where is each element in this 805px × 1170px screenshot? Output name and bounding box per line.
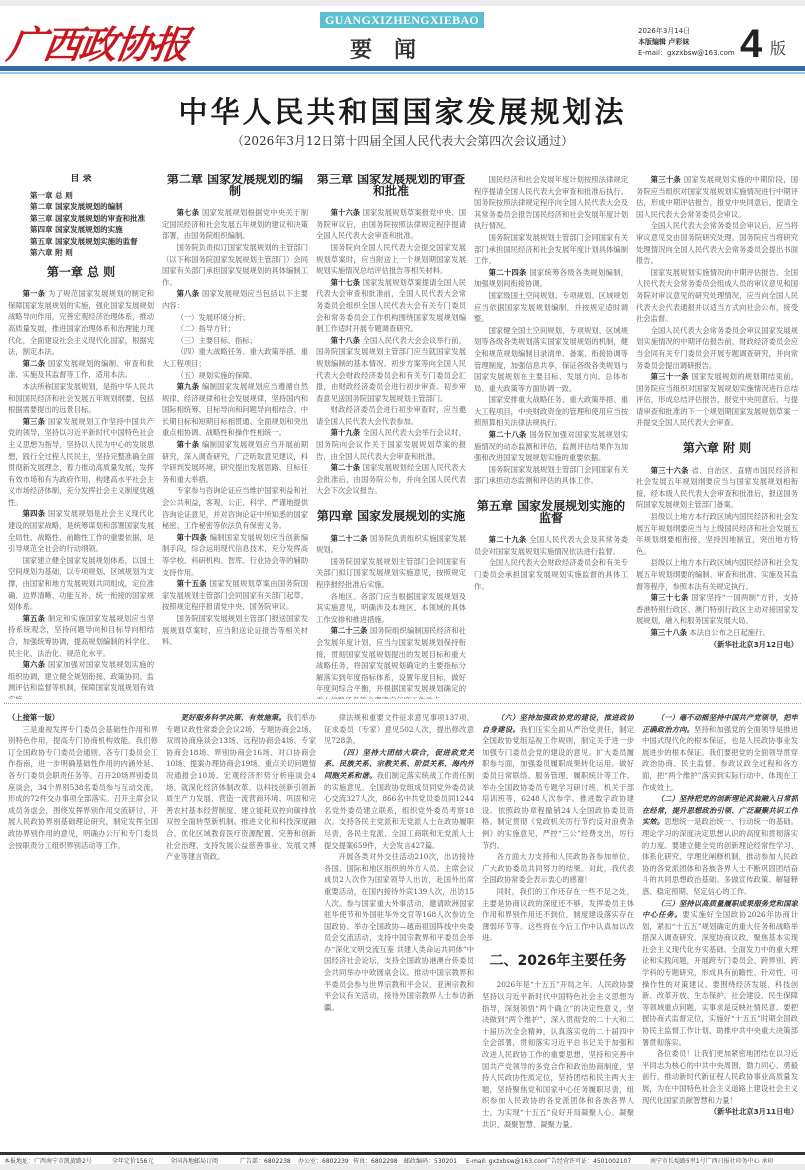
article-subheadline: （2026年3月12日第十四届全国人民代表大会第四次会议通过） (0, 132, 805, 149)
article-paragraph: 第二条 国家发展规划的编制、审查和批准、实施及其监督等工作，适用本法。 (8, 358, 154, 381)
article-paragraph: 第八条 国家发展规划应当包括以下主要内容： (162, 288, 308, 311)
chapter-heading: 第一章 总 则 (8, 267, 154, 279)
article-paragraph: 国家健全国土空间规划、专项规划、区域规划等各级各类规划落实国家发展规划的机制，健… (474, 325, 628, 395)
article-paragraph: 第三十一条 国家发展规划的规划期结束前，国务院应当组织对国家发展规划实施情况进行… (636, 371, 798, 429)
footer-printer: 南宁市长堤路5里1号广西日报社印务中心 承印 (650, 1156, 774, 1168)
article-label: 第九条 (177, 382, 200, 391)
article-label: 第六条 (23, 660, 46, 669)
report-paragraph: 律法规和重要文件征求意见事项137项，征求委员（专家）意见502人次，提出修改意… (324, 712, 474, 747)
footer-email: E-mail: gxzxbsw@163.com (466, 1156, 547, 1168)
page-number-suffix: 版 (770, 36, 786, 59)
article-label: 第三十一条 (651, 372, 689, 381)
edition-email: E-mail：gxzxbsw@163.com (638, 48, 735, 59)
report-paragraph: 2026年是“十五五”开局之年。人民政协要坚持以习近平新时代中国特色社会主义思想… (482, 979, 634, 1130)
article-paragraph: 国家安排重大战略任务、重大政策举措、重大工程项目，中央财政资金的管理和使用应当按… (474, 394, 628, 429)
report-column-2: 更好服务科学决策、有效施策。我们举办专题议政性常委会会议2场、专题协商会2场、双… (166, 712, 316, 1148)
footer-ad-license: 广告经营许可证：4501002107 (545, 1156, 631, 1168)
report-paragraph: 开展各类对外交往活动210次，出访接待各国、国际和地区组织的外方人员。主席会议成… (324, 851, 474, 1013)
article-list-item: （四）重大战略任务、重大政策举措、重大工程项目； (162, 346, 308, 369)
article-paragraph: 第十九条 全国人民代表大会举行会议时，国务院向会议作关于国家发展规划草案的报告，… (316, 427, 466, 462)
article-paragraph: 第六条 国家加强对国家发展规划实施的组织协调，建立健全规划衔接、政策协同、监测评… (8, 659, 154, 699)
newspaper-pinyin-banner: GUANGXIZHENGXIEBAO (320, 12, 484, 28)
article-paragraph: 第十六条 国家发展规划草案报党中央、国务院审议后，由国务院按照法律规定程序提请全… (316, 207, 466, 242)
article-list-item: （三）主要目标、指标； (162, 335, 308, 347)
newspaper-logo: 广西政协报 (4, 14, 192, 69)
continued-from-label: （上接第一版） (8, 712, 158, 724)
article-paragraph: 各地区、各部门应当根据国家发展规划及其实施意见，明确涉及本地区、本领域的具体工作… (316, 591, 466, 626)
footer-subscribe: 全国各地邮局订阅 (170, 1156, 218, 1168)
article-label: 第五条 (23, 614, 46, 623)
report-paragraph: 同时，我们的工作还存在一些不足之处，主要是协商议政的深度还不够，发挥委员主体作用… (482, 886, 634, 944)
article-paragraph: 全国人民代表大会常务委员会审议后，应当将审议意见交由国务院研究处理。国务院应当将… (636, 220, 798, 266)
report-paragraph: 更好服务科学决策、有效施策。我们举办专题议政性常委会会议2场、专题协商会2场、双… (166, 712, 316, 863)
article-paragraph: 第二十三条 国务院组织编制国民经济和社会发展年度计划，应当与国家发展规划保持衔接… (316, 625, 466, 699)
toc-item[interactable]: 第三章 国家发展规划的审查和批准 (8, 213, 154, 225)
law-column-3: 第三章 国家发展规划的审查和批准 第十六条 国家发展规划草案报党中央、国务院审议… (316, 174, 466, 699)
report-paragraph: （四）坚持大团结大联合，促进政党关系、民族关系、宗教关系、阶层关系、海内外同胞关… (324, 747, 474, 851)
toc-item[interactable]: 第一章 总 则 (8, 190, 154, 202)
article-paragraph: 国务院负责拟订国家发展规划的主管部门（以下称国务院国家发展规划主管部门）会同国家… (162, 242, 308, 288)
article-paragraph: 第二十二条 国务院负责组织实施国家发展规划。 (316, 533, 466, 556)
article-paragraph: 国务院向全国人民代表大会提交国家发展规划草案时，应当附送上一个规划期国家发展规划… (316, 242, 466, 277)
article-label: 第四条 (23, 509, 46, 518)
article-label: 第二十条 (331, 463, 361, 472)
article-label: 第三十条 (651, 175, 682, 184)
article-label: 第三十七条 (651, 593, 689, 602)
toc-item[interactable]: 第四章 国家发展规划的实施 (8, 224, 154, 236)
article-paragraph: 第九条 编制国家发展规划应当遵循自然规律、经济规律和社会发展规律，坚持国内和国际… (162, 381, 308, 439)
article-label: 第十条 (177, 440, 200, 449)
law-column-4: 国民经济和社会发展年度计划按照法律规定程序提请全国人民代表大会审查和批准后执行。… (474, 174, 628, 699)
toc-item[interactable]: 第六章 附 则 (8, 247, 154, 259)
law-column-2: 第二章 国家发展规划的编制 第七条 国家发展规划根据党中央关于制定国民经济和社会… (162, 174, 308, 699)
law-column-5: 第三十条 国家发展规划实施的中期阶段，国务院应当组织对国家发展规划实施情况进行中… (636, 174, 798, 699)
article-paragraph: 专家参与咨询论证应当维护国家利益和社会公共利益，客观、公正、科学、严谨地提供咨询… (162, 485, 308, 531)
article-label: 第二十二条 (331, 534, 368, 543)
article-label: 第一条 (23, 289, 46, 298)
article-paragraph: 第二十条 国家发展规划经全国人民代表大会批准后，由国务院公布，并向全国人民代表大… (316, 462, 466, 497)
article-paragraph: 国民经济和社会发展年度计划按照法律规定程序提请全国人民代表大会审查和批准后执行。… (474, 174, 628, 232)
footer-fax: 传真：6802298 (353, 1156, 398, 1168)
article-paragraph: 第二十九条 全国人民代表大会及其常务委员会对国家发展规划实施情况依法进行监督。 (474, 534, 628, 557)
article-label: 第十八条 (331, 336, 361, 345)
article-label: 第七条 (177, 208, 200, 217)
article-label: 第三十八条 (651, 628, 687, 637)
newspaper-page: 广西政协报 GUANGXIZHENGXIEBAO 要闻 2026年3月14日 本… (0, 6, 805, 1164)
footer-price: 全年定价156元 (112, 1156, 153, 1168)
toc-title: 目 录 (8, 174, 154, 186)
newspaper-footer: 本报地址：广西南宁市凯旋路2号 全年定价156元 全国各地邮局订阅 广告部：68… (0, 1156, 805, 1168)
article-paragraph: 全国人民代表大会财政经济委员会和有关专门委员会承担国家发展规划实施监督的具体工作… (474, 557, 628, 592)
article-label: 第三条 (23, 417, 46, 426)
article-paragraph: 国务院国家发展规划主管部门会同国家有关部门承担国民经济和社会发展年度计划具体编制… (474, 232, 628, 267)
article-label: 第十七条 (331, 278, 361, 287)
article-paragraph: 国家级国土空间规划、专项规划、区域规划应当依据国家发展规划编制，并按规定适时调整… (474, 290, 628, 325)
toc-item[interactable]: 第五章 国家发展规划实施的监督 (8, 236, 154, 248)
article-paragraph: 国家建立健全国家发展规划体系，以国土空间规划为基础，以专项规划、区域规划为支撑，… (8, 555, 154, 613)
toc-item[interactable]: 第二章 国家发展规划的编制 (8, 201, 154, 213)
masthead-rule (0, 66, 805, 71)
article-label: 第十四条 (177, 533, 207, 542)
report-column-5: （一）毫不动摇坚持中国共产党领导，把牢正确政治方向。坚持和加强党的全面领导是推进… (642, 712, 798, 1148)
report-paragraph: 各位委员！让我们更加紧密地团结在以习近平同志为核心的中共中央周围，勠力同心、勇毅… (642, 1048, 798, 1106)
article-list-item: （五）规划实施的保障。 (162, 370, 308, 382)
masthead: 广西政协报 GUANGXIZHENGXIEBAO 要闻 2026年3月14日 本… (0, 6, 805, 68)
article-dateline: （新华社北京3月12日电） (636, 639, 798, 651)
article-label: 第十五条 (177, 579, 207, 588)
edition-date: 2026年3月14日 (638, 26, 735, 37)
article-paragraph: 县级以上地方本行政区域内国民经济和社会发展五年规划纲要的编制、审查和批准、实施及… (636, 557, 798, 592)
masthead-rule-light (0, 72, 805, 74)
report-column-1: （上接第一版） 三是重视发挥专门委员会基础性作用和界别特色作用，提高专门协商机构… (8, 712, 158, 1148)
article-paragraph: 本法所称国家发展规划，是指中华人民共和国国民经济和社会发展五年规划纲要，包括根据… (8, 381, 154, 416)
article-label: 第二条 (23, 359, 46, 368)
article-paragraph: 国务院国家发展规划主管部门报送国家发展规划草案时，应当附送论证报告等相关材料。 (162, 613, 308, 648)
article-paragraph: 第二十八条 国务院加强对国家发展规划实施情况的动态监测和评估，监测评估结果作为加… (474, 429, 628, 464)
report-paragraph: （一）毫不动摇坚持中国共产党领导，把牢正确政治方向。坚持和加强党的全面领导是推进… (642, 712, 798, 793)
report-column-3: 律法规和重要文件征求意见事项137项，征求委员（专家）意见502人次，提出修改意… (324, 712, 474, 1148)
article-paragraph: 第十七条 国家发展规划草案提请全国人民代表大会审查和批准前，全国人民代表大会常务… (316, 277, 466, 335)
footer-ad-dept: 广告部：6802238 (240, 1156, 291, 1168)
article-paragraph: 第七条 国家发展规划根据党中央关于制定国民经济和社会发展五年规划的建议和决策部署… (162, 207, 308, 242)
footer-rule (0, 1152, 805, 1155)
report-paragraph: 各方面大力支持和人民政协各参加单位、广大政协委员共同努力的结果。对此，我代表全国… (482, 851, 634, 886)
section-title: 要闻 (350, 33, 438, 64)
footer-postcode: 邮政编码：530201 (404, 1156, 457, 1168)
article-list-item: （一）发展环境分析； (162, 312, 308, 324)
article-paragraph: 第三十八条 本法自公布之日起施行。 (636, 627, 798, 639)
report-paragraph: （三）坚持以高质量履职成果服务党和国家中心任务。要实施好全国政协2026年协商计… (642, 898, 798, 1049)
chapter-heading: 第五章 国家发展规划实施的监督 (474, 501, 628, 524)
article-label: 第二十八条 (489, 430, 527, 439)
chapter-heading: 第三章 国家发展规划的审查和批准 (316, 174, 466, 197)
article-paragraph: 第一条 为了规范国家发展规划的制定和保障国家发展规划的实施，强化国家发展规划战略… (8, 288, 154, 358)
article-label: 第二十四条 (489, 268, 527, 277)
report-paragraph: （六）坚持加强政协党的建设，推进政协自身建设。我们压实全面从严治党责任，制定全国… (482, 712, 634, 851)
article-label: 第十六条 (331, 208, 361, 217)
report-column-4: （六）坚持加强政协党的建设，推进政协自身建设。我们压实全面从严治党责任，制定全国… (482, 712, 634, 1148)
report-paragraph: 三是重视发挥专门委员会基础性作用和界别特色作用，提高专门协商机构效能。我们修订全… (8, 724, 158, 852)
report-section-heading: 二、2026年主要任务 (482, 956, 634, 968)
article-paragraph: 第十四条 编制国家发展规划应当创新编制手段，综合运用现代信息技术，充分发挥高等学… (162, 532, 308, 578)
article-paragraph: 全国人民代表大会常务委员会审议国家发展规划实施情况的中期评估报告前，财政经济委员… (636, 325, 798, 371)
article-label: 第二十九条 (489, 535, 527, 544)
article-paragraph: 第十五条 国家发展规划草案由国务院国家发展规划主管部门会同国家有关部门起草，按照… (162, 578, 308, 613)
report-dateline: （新华社北京3月11日电） (642, 1106, 798, 1118)
article-paragraph: 第十条 编制国家发展规划应当开展前期研究，深入调查研究，广泛听取意见建议，科学研… (162, 439, 308, 485)
article-paragraph: 国务院国家发展规划主管部门会同国家有关部门承担动态监测和评估的具体工作。 (474, 464, 628, 487)
article-paragraph: 第十八条 全国人民代表大会会议举行前，国务院国家发展规划主管部门应当就国家发展规… (316, 335, 466, 405)
article-paragraph: 第三条 国家发展规划工作坚持中国共产党的领导，坚持以习近平新时代中国特色社会主义… (8, 416, 154, 509)
edition-editor: 本版编辑 卢彩妹 (638, 37, 735, 48)
article-paragraph: 第三十条 国家发展规划实施的中期阶段，国务院应当组织对国家发展规划实施情况进行中… (636, 174, 798, 220)
article-label: 第十九条 (331, 428, 361, 437)
article-paragraph: 国务院国家发展规划主管部门会同国家有关部门拟订国家发展规划实施意见，按照规定程序… (316, 556, 466, 591)
chapter-heading: 第四章 国家发展规划的实施 (316, 511, 466, 523)
article-paragraph: 国家发展规划实施情况的中期评估报告、全国人民代表大会常务委员会组成人员的审议意见… (636, 267, 798, 325)
edition-meta: 2026年3月14日 本版编辑 卢彩妹 E-mail：gxzxbsw@163.c… (638, 26, 735, 59)
chapter-heading: 第六章 附 则 (636, 443, 798, 455)
article-label: 第二十三条 (331, 626, 368, 635)
article-label: 第八条 (177, 289, 200, 298)
article-list-item: （二）指导方针； (162, 323, 308, 335)
footer-office: 办公室：6802239 (298, 1156, 349, 1168)
article-paragraph: 第三十七条 国家坚持“一国两制”方针，支持香港特别行政区、澳门特别行政区主动对接… (636, 592, 798, 627)
chapter-heading: 第二章 国家发展规划的编制 (162, 174, 308, 197)
article-paragraph: 第五条 制定和实施国家发展规划应当坚持系统观念，坚持问题导向和目标导向相结合，加… (8, 613, 154, 659)
article-paragraph: 财政经济委员会进行初步审查时，应当邀请全国人民代表大会代表参加。 (316, 404, 466, 427)
article-label: 第三十六条 (651, 466, 689, 475)
report-paragraph: （二）坚持把党的创新理论武装融入日常抓在经常，提升思想政治引领、广泛凝聚共识工作… (642, 793, 798, 897)
law-column-1: 目 录 第一章 总 则 第二章 国家发展规划的编制 第三章 国家发展规划的审查和… (8, 174, 154, 699)
article-paragraph: 第三十六条 省、自治区、直辖市国民经济和社会发展五年规划纲要应当与国家发展规划相… (636, 465, 798, 511)
section-divider (4, 703, 801, 704)
article-paragraph: 第四条 国家发展规划是社会主义现代化建设的国家战略，是统筹谋划和部署国家发展全局… (8, 508, 154, 554)
article-headline: 中华人民共和国国家发展规划法 (0, 90, 805, 131)
article-paragraph: 县级以上地方本行政区域内国民经济和社会发展五年规划纲要应当与上级国民经济和社会发… (636, 511, 798, 557)
footer-address: 本报地址：广西南宁市凯旋路2号 (4, 1156, 92, 1168)
page-number: 4 (740, 24, 762, 64)
article-paragraph: 第二十四条 国家统筹各级各类规划编制，加强规划间衔接协调。 (474, 267, 628, 290)
